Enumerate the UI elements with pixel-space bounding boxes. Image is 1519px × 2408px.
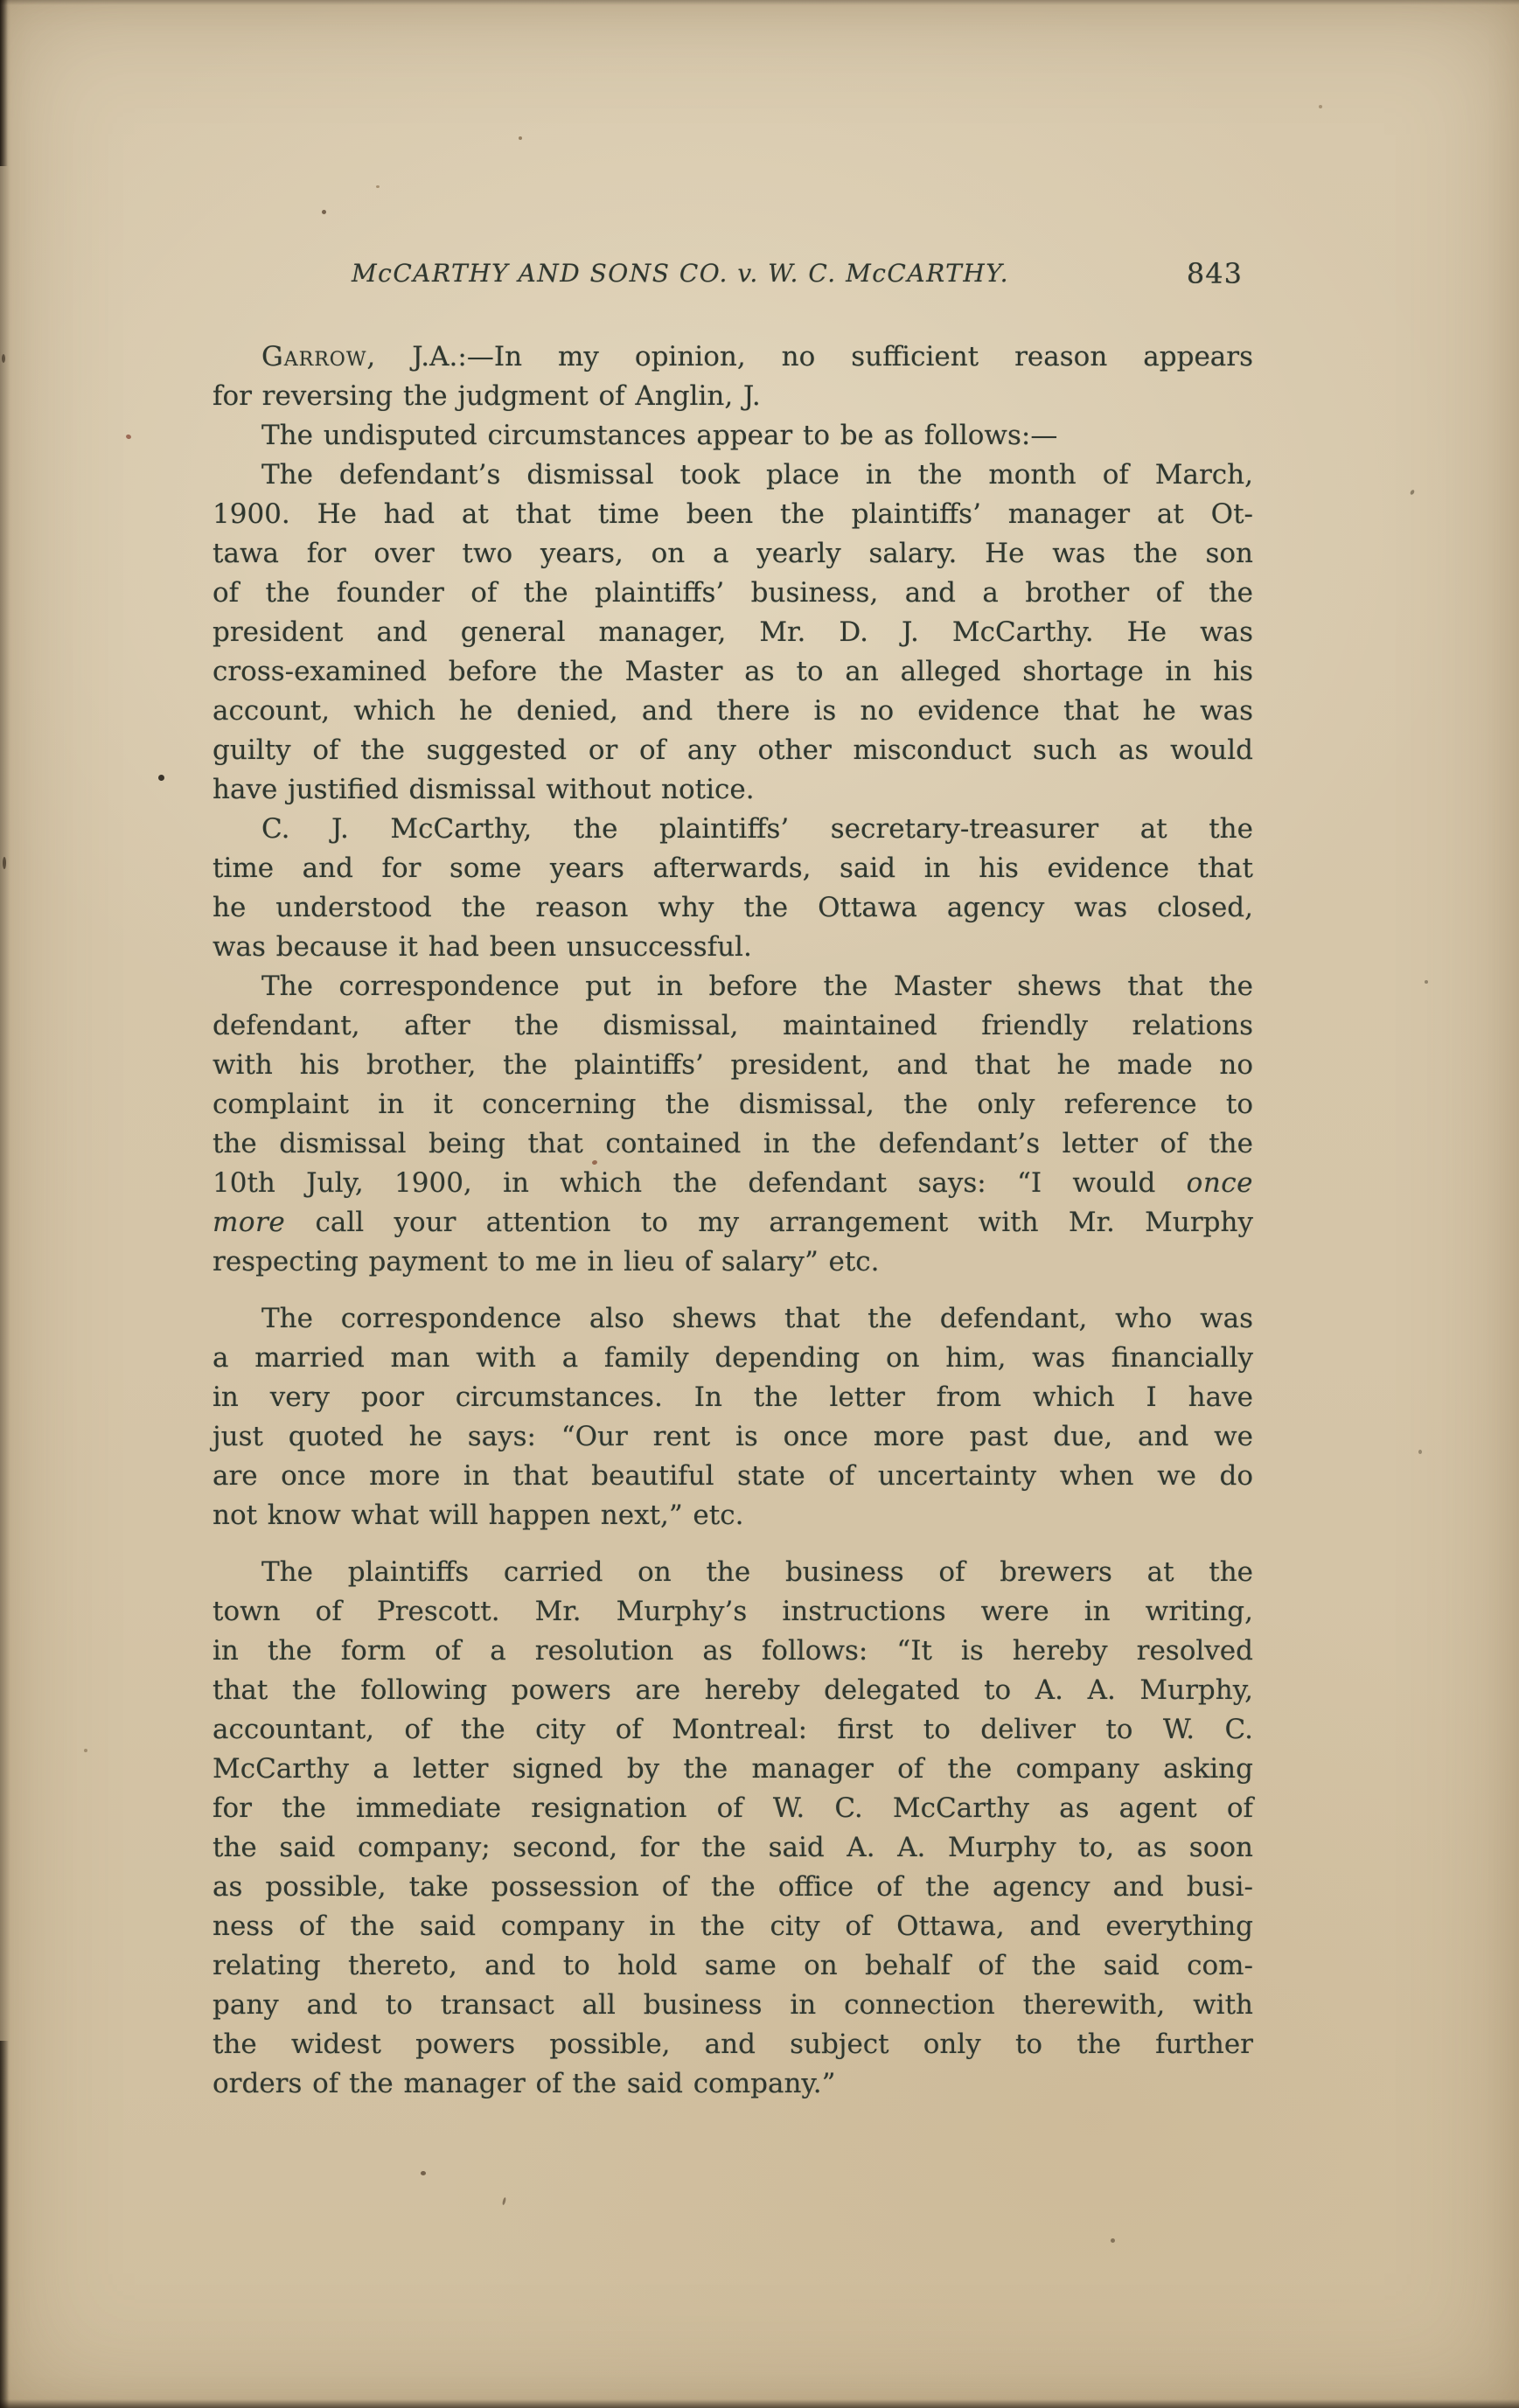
text-line: 1900. He had at that time been the plain…: [213, 495, 1253, 534]
top-edge-shadow: [0, 0, 1519, 5]
text-line: relating thereto, and to hold same on be…: [213, 1946, 1253, 1986]
paper-speck: [125, 434, 131, 440]
paper-speck: [519, 136, 522, 140]
small-caps-name: Garrow,: [261, 341, 376, 372]
text-line: just quoted he says: “Our rent is once m…: [213, 1417, 1253, 1457]
text-line: was because it had been unsuccessful.: [213, 928, 1253, 967]
text-line: orders of the manager of the said compan…: [213, 2064, 1253, 2104]
text-line: respecting payment to me in lieu of sala…: [213, 1242, 1253, 1282]
text-line: The defendant’s dismissal took place in …: [213, 456, 1253, 495]
paper-speck: [1418, 1450, 1422, 1454]
text-line: the said company; second, for the said A…: [213, 1828, 1253, 1868]
text-line: more call your attention to my arrangeme…: [213, 1203, 1253, 1242]
paragraph: The correspondence also shews that the d…: [213, 1299, 1253, 1535]
paragraph: The defendant’s dismissal took place in …: [213, 456, 1253, 810]
paper-speck: [376, 185, 380, 188]
paragraph: The plaintiffs carried on the business o…: [213, 1553, 1253, 2104]
text-line: not know what will happen next,” etc.: [213, 1496, 1253, 1535]
body-text: Garrow, J.A.:—In my opinion, no sufficie…: [213, 338, 1253, 2104]
paper-speck: [158, 775, 164, 781]
text-line: have justified dismissal without notice.: [213, 770, 1253, 810]
text-line: with his brother, the plaintiffs’ presid…: [213, 1046, 1253, 1085]
paper-speck: [502, 2197, 506, 2205]
text-line: that the following powers are hereby del…: [213, 1671, 1253, 1710]
text-line: for the immediate resignation of W. C. M…: [213, 1789, 1253, 1828]
text-line: McCarthy a letter signed by the manager …: [213, 1750, 1253, 1789]
paper-speck: [1319, 105, 1322, 108]
text-line: as possible, take possession of the offi…: [213, 1868, 1253, 1907]
text-line: account, which he denied, and there is n…: [213, 692, 1253, 731]
text-line: complaint in it concerning the dismissal…: [213, 1085, 1253, 1124]
text-line: The correspondence put in before the Mas…: [213, 967, 1253, 1006]
page-background: McCARTHY AND SONS CO. v. W. C. McCARTHY.…: [0, 0, 1519, 2408]
text-line: the dismissal being that contained in th…: [213, 1124, 1253, 1164]
paragraph: The correspondence put in before the Mas…: [213, 967, 1253, 1282]
text-line: The correspondence also shews that the d…: [213, 1299, 1253, 1339]
text-line: accountant, of the city of Montreal: fir…: [213, 1710, 1253, 1750]
text-line: he understood the reason why the Ottawa …: [213, 888, 1253, 928]
paper-speck: [421, 2171, 426, 2175]
text-line: The undisputed circumstances appear to b…: [213, 416, 1253, 456]
text-line: 10th July, 1900, in which the defendant …: [213, 1164, 1253, 1203]
left-edge-shadow-top: [0, 0, 8, 166]
text-line: cross-examined before the Master as to a…: [213, 652, 1253, 692]
paragraph: The undisputed circumstances appear to b…: [213, 416, 1253, 456]
text-line: guilty of the suggested or of any other …: [213, 731, 1253, 770]
bottom-edge-shadow: [0, 2399, 1519, 2408]
running-head: McCARTHY AND SONS CO. v. W. C. McCARTHY.…: [213, 259, 1253, 297]
text-line: for reversing the judgment of Anglin, J.: [213, 377, 1253, 416]
text-line: a married man with a family depending on…: [213, 1339, 1253, 1378]
text-line: defendant, after the dismissal, maintain…: [213, 1006, 1253, 1046]
text-line: in very poor circumstances. In the lette…: [213, 1378, 1253, 1417]
text-line: ness of the said company in the city of …: [213, 1907, 1253, 1946]
text-line: are once more in that beautiful state of…: [213, 1457, 1253, 1496]
text-line: tawa for over two years, on a yearly sal…: [213, 534, 1253, 574]
paragraph: C. J. McCarthy, the plaintiffs’ secretar…: [213, 810, 1253, 967]
text-line: C. J. McCarthy, the plaintiffs’ secretar…: [213, 810, 1253, 849]
paper-speck: [1410, 489, 1415, 495]
paragraph: Garrow, J.A.:—In my opinion, no sufficie…: [213, 338, 1253, 416]
text-line: The plaintiffs carried on the business o…: [213, 1553, 1253, 1592]
text-line: time and for some years afterwards, said…: [213, 849, 1253, 888]
paper-speck: [322, 210, 326, 214]
text-line: president and general manager, Mr. D. J.…: [213, 613, 1253, 652]
paper-speck: [1425, 980, 1428, 984]
text-line: the widest powers possible, and subject …: [213, 2025, 1253, 2064]
paper-speck: [1111, 2238, 1115, 2243]
text-line: town of Prescott. Mr. Murphy’s instructi…: [213, 1592, 1253, 1632]
text-line: of the founder of the plaintiffs’ busine…: [213, 574, 1253, 613]
text-line: Garrow, J.A.:—In my opinion, no sufficie…: [213, 338, 1253, 377]
left-edge-shadow-bottom: [0, 2041, 9, 2408]
case-title: McCARTHY AND SONS CO. v. W. C. McCARTHY.: [213, 259, 1148, 288]
paper-speck: [84, 1749, 87, 1752]
text-line: pany and to transact all business in con…: [213, 1986, 1253, 2025]
text-line: in the form of a resolution as follows: …: [213, 1632, 1253, 1671]
page-number: 843: [1187, 257, 1243, 290]
scanned-book-page: { "page": { "header": { "title": "McCART…: [0, 0, 1519, 2408]
